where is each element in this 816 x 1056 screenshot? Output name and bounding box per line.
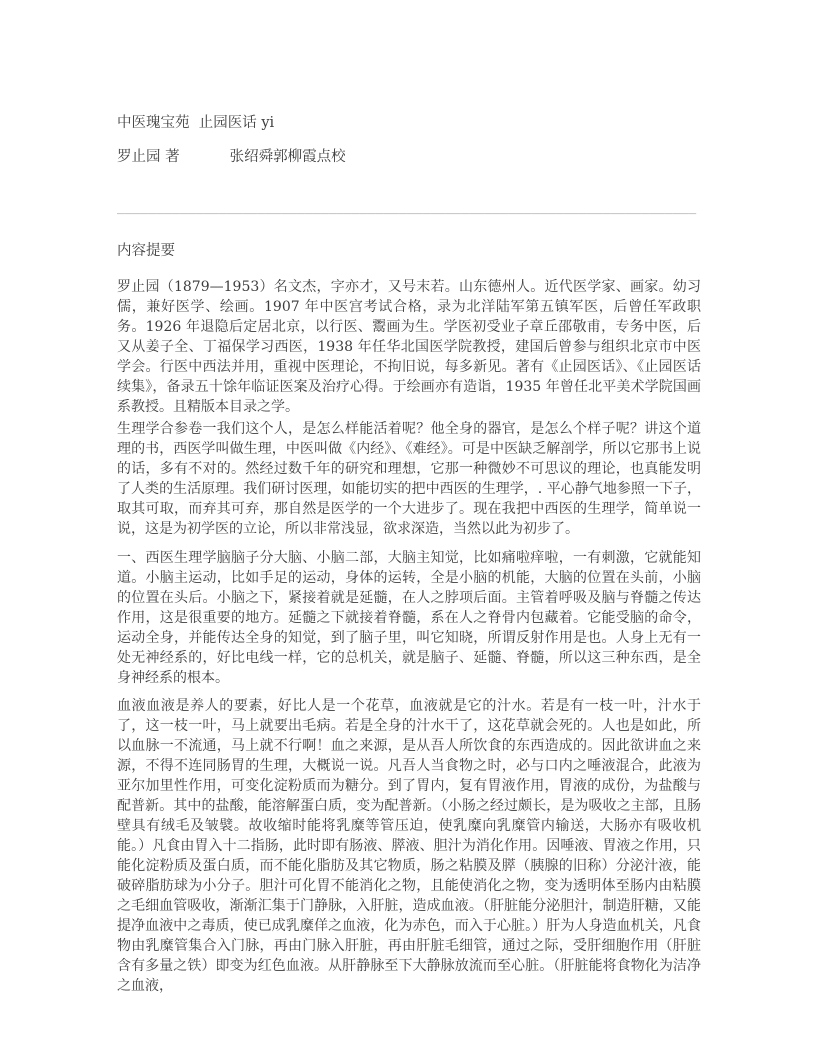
paragraph-author-bio: 罗止园（1879—1953）名文杰，字亦才，又号末若。山东德州人。近代医学家、画…	[117, 277, 701, 417]
section-divider: ________________________________________…	[117, 198, 701, 218]
byline: 罗止园 著张绍舜郭柳霞点校	[117, 148, 346, 166]
author-name: 罗止园 著	[117, 149, 180, 165]
paragraph-western-physiology-brain: 一、西医生理学脑脑子分大脑、小脑二部，大脑主知觉，比如痛啦痒啦，一有刺激，它就能…	[117, 548, 701, 688]
paragraph-blood-digestion: 血液血液是养人的要素，好比人是一个花草，血液就是它的汁水。若是有一枝一叶，汁水于…	[117, 696, 701, 996]
document-page: 中医瑰宝苑 止园医话 yi 罗止园 著张绍舜郭柳霞点校 ____________…	[117, 0, 701, 1056]
paragraph-physiology-intro: 生理学合参卷一我们这个人，是怎么样能活着呢？他全身的器官，是怎么个样子呢？讲这个…	[117, 419, 701, 539]
document-title: 中医瑰宝苑 止园医话 yi	[117, 114, 274, 132]
section-heading-content-summary: 内容提要	[117, 242, 175, 260]
editors-credit: 张绍舜郭柳霞点校	[230, 149, 346, 165]
